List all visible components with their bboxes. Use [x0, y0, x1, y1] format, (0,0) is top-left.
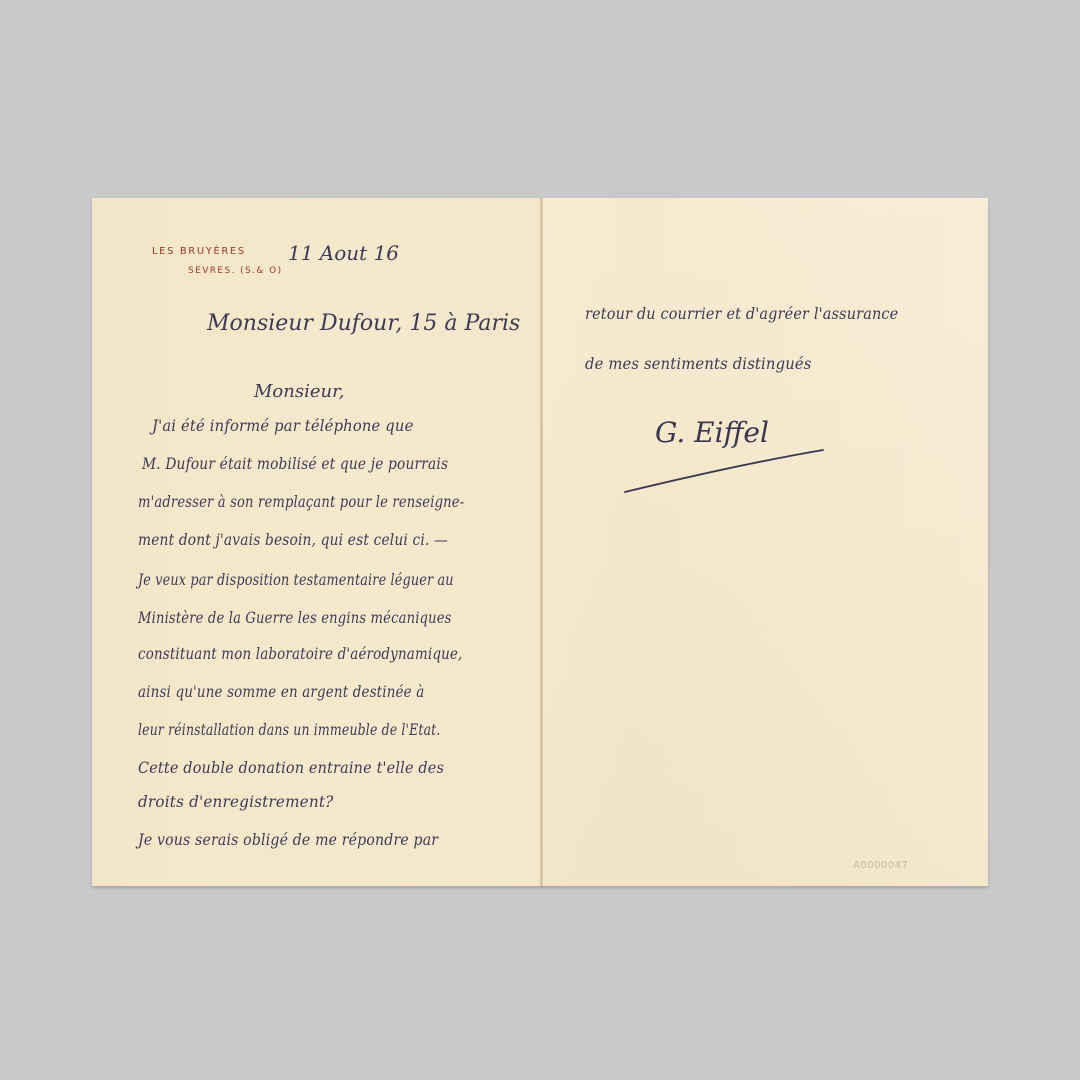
right-page: retour du courrier et d'agréer l'assuran…	[543, 198, 988, 886]
letter-date: 11 Aout 16	[288, 241, 399, 265]
body-line: Cette double donation entraine t'elle de…	[138, 758, 444, 777]
body-line: ainsi qu'une somme en argent destinée à	[138, 682, 424, 701]
body-line: de mes sentiments distingués	[585, 354, 811, 373]
letter-salutation: Monsieur,	[254, 381, 344, 402]
archive-number: A0000047	[853, 860, 908, 871]
body-line: M. Dufour était mobilisé et que je pourr…	[142, 454, 448, 473]
body-line: ment dont j'avais besoin, qui est celui …	[138, 530, 448, 549]
body-line: J'ai été informé par téléphone que	[152, 416, 413, 435]
signature: G. Eiffel	[655, 416, 769, 449]
letterhead-location: SEVRES. (S.& O)	[188, 266, 283, 276]
body-line: Je veux par disposition testamentaire lé…	[138, 570, 454, 589]
body-line: constituant mon laboratoire d'aérodynami…	[138, 644, 462, 663]
letterhead-name: LES BRUYÈRES	[152, 246, 246, 257]
body-line: leur réinstallation dans un immeuble de …	[138, 720, 440, 739]
left-page: LES BRUYÈRES SEVRES. (S.& O) 11 Aout 16 …	[92, 198, 541, 886]
body-line: m'adresser à son remplaçant pour le rens…	[138, 492, 464, 511]
letter-addressee: Monsieur Dufour, 15 à Paris	[207, 311, 520, 336]
body-line: retour du courrier et d'agréer l'assuran…	[585, 304, 898, 323]
body-line: droits d'enregistrement?	[138, 792, 333, 811]
body-line: Je vous serais obligé de me répondre par	[138, 830, 438, 849]
signature-flourish-icon	[623, 448, 833, 498]
letter-sheet: LES BRUYÈRES SEVRES. (S.& O) 11 Aout 16 …	[92, 198, 988, 886]
body-line: Ministère de la Guerre les engins mécani…	[138, 608, 452, 627]
